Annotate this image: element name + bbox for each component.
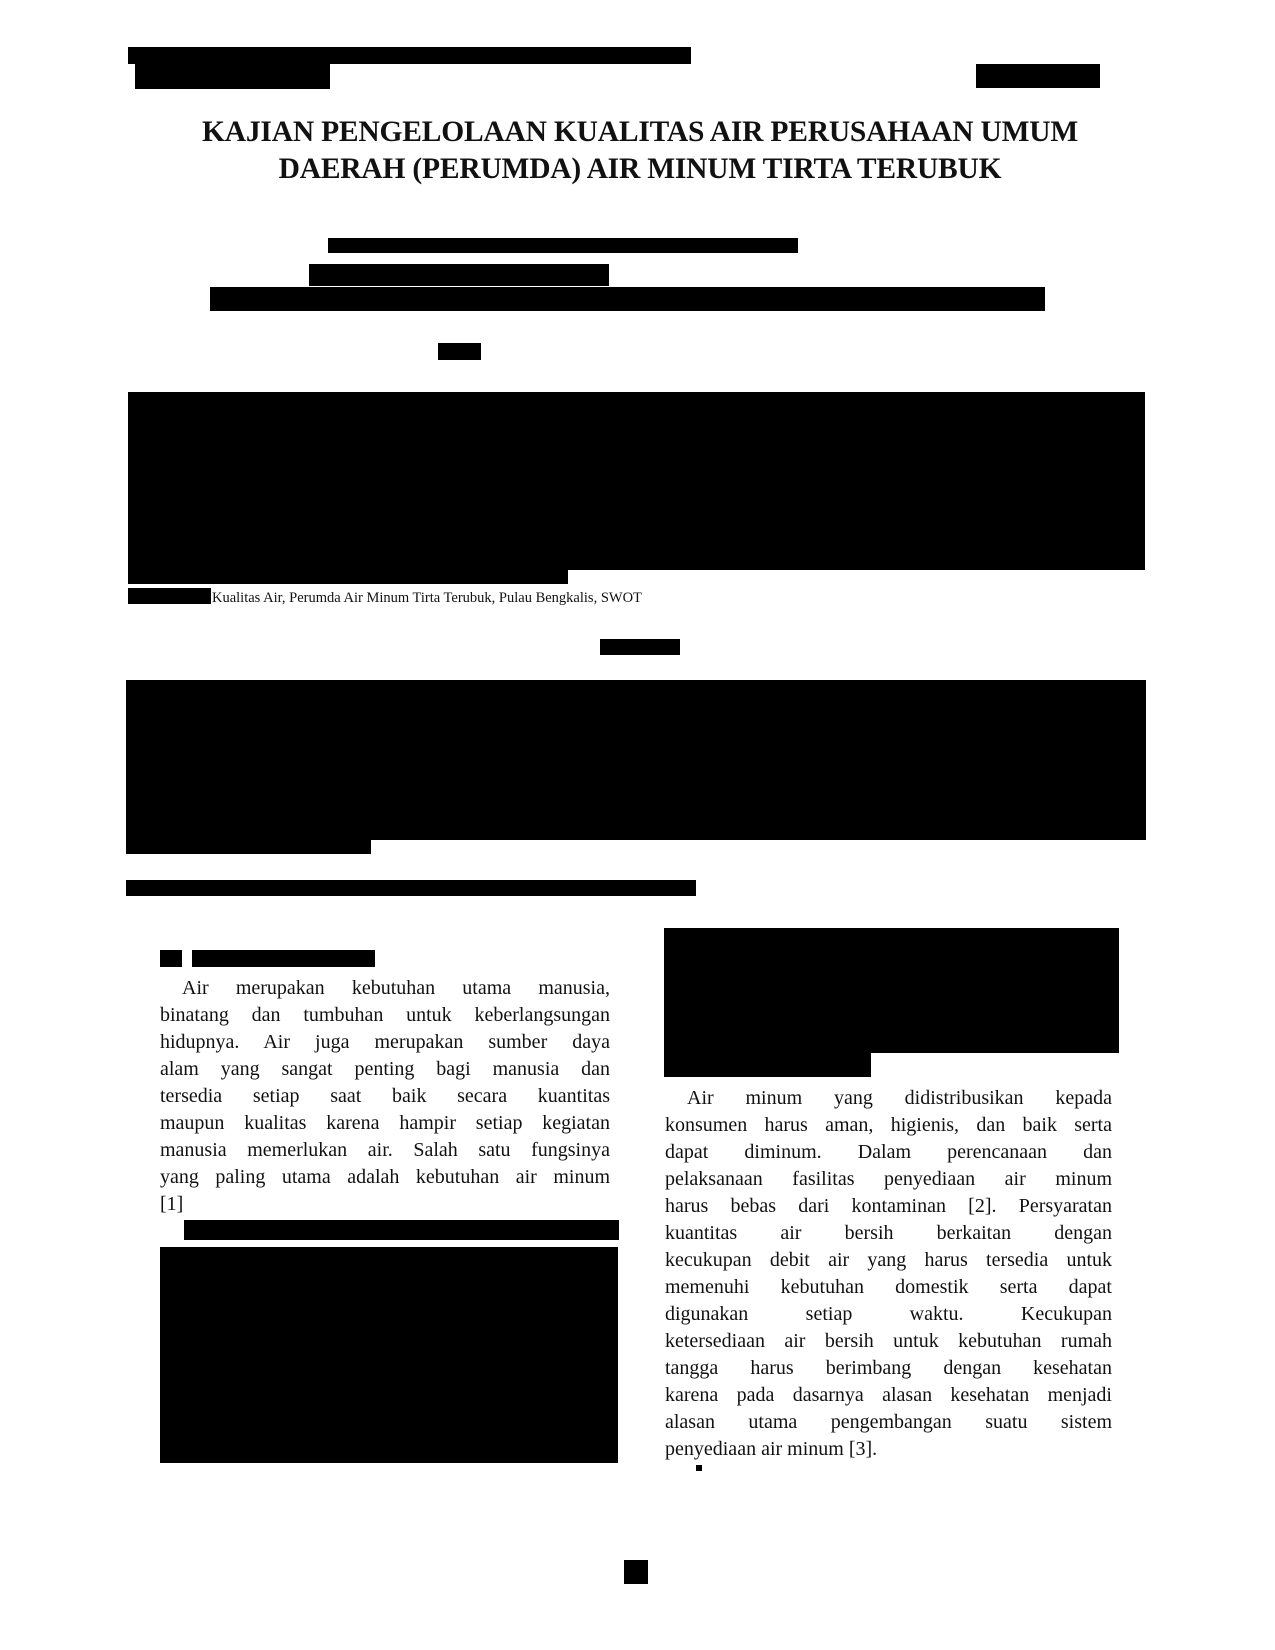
right-column-paragraph-2: Air minum yang didistribusikan kepada ko… [665, 1085, 1112, 1463]
text-line: binatang dan tumbuhan untuk keberlangsun… [160, 1002, 610, 1029]
left-paragraph-2-redaction-c [160, 1447, 618, 1463]
left-column-paragraph-1: Air merupakan kebutuhan utama manusia, b… [160, 975, 610, 1218]
text-line: tersedia setiap saat baik secara kuantit… [160, 1083, 610, 1110]
text-line: [1] [160, 1191, 610, 1218]
text-line: hidupnya. Air juga merupakan sumber daya [160, 1029, 610, 1056]
text-line: konsumen harus aman, higienis, dan baik … [665, 1112, 1112, 1139]
abstrak-body-redaction [128, 392, 1145, 570]
stray-mark [696, 1465, 702, 1471]
text-line: manusia memerlukan air. Salah satu fungs… [160, 1137, 610, 1164]
affiliation-redaction-2 [210, 287, 1045, 311]
text-line: yang paling utama adalah kebutuhan air m… [160, 1164, 610, 1191]
section-number-redaction [160, 950, 182, 967]
text-line: alam yang sangat penting bagi manusia da… [160, 1056, 610, 1083]
abstract-heading-redaction [600, 639, 680, 655]
text-line: pelaksanaan fasilitas penyediaan air min… [665, 1166, 1112, 1193]
abstract-keywords-redaction [126, 880, 696, 896]
abstract-body-tail [126, 840, 371, 854]
affiliation-redaction-1 [309, 264, 609, 286]
text-line: alasan utama pengembangan suatu sistem [665, 1409, 1112, 1436]
text-line: maupun kualitas karena hampir setiap keg… [160, 1110, 610, 1137]
keywords-label-redaction [128, 588, 211, 604]
header-journal-info-redaction [128, 47, 691, 64]
header-issn-redaction [976, 64, 1100, 88]
left-paragraph-2-redaction-a [184, 1220, 619, 1240]
paper-title-line-2: DAERAH (PERUMDA) AIR MINUM TIRTA TERUBUK [140, 151, 1140, 187]
abstract-body-redaction [126, 680, 1146, 840]
text-line: harus bebas dari kontaminan [2]. Persyar… [665, 1193, 1112, 1220]
text-line: tangga harus berimbang dengan kesehatan [665, 1355, 1112, 1382]
text-line: memenuhi kebutuhan domestik serta dapat [665, 1274, 1112, 1301]
text-line: penyediaan air minum [3]. [665, 1436, 1112, 1463]
text-line: ketersediaan air bersih untuk kebutuhan … [665, 1328, 1112, 1355]
text-line: digunakan setiap waktu. Kecukupan [665, 1301, 1112, 1328]
header-journal-info-redaction-2 [135, 64, 330, 89]
text-line: kuantitas air bersih berkaitan dengan [665, 1220, 1112, 1247]
section-heading-redaction [192, 950, 375, 967]
paper-title-line-1: KAJIAN PENGELOLAAN KUALITAS AIR PERUSAHA… [140, 114, 1140, 150]
right-paragraph-1-redaction [664, 928, 1119, 1053]
text-line: Air merupakan kebutuhan utama manusia, [160, 975, 610, 1002]
abstrak-heading-redaction [438, 343, 481, 360]
right-paragraph-1-tail [664, 1053, 871, 1077]
abstrak-body-tail [128, 570, 568, 584]
left-paragraph-2-redaction-b [160, 1247, 618, 1447]
text-line: dapat diminum. Dalam perencanaan dan [665, 1139, 1112, 1166]
text-line: karena pada dasarnya alasan kesehatan me… [665, 1382, 1112, 1409]
text-line: Air minum yang didistribusikan kepada [665, 1085, 1112, 1112]
keywords-line: Kualitas Air, Perumda Air Minum Tirta Te… [128, 588, 642, 608]
authors-redaction [328, 238, 798, 253]
text-line: kecukupan debit air yang harus tersedia … [665, 1247, 1112, 1274]
keywords-value: Kualitas Air, Perumda Air Minum Tirta Te… [212, 590, 642, 606]
page-number-redaction [624, 1560, 648, 1584]
